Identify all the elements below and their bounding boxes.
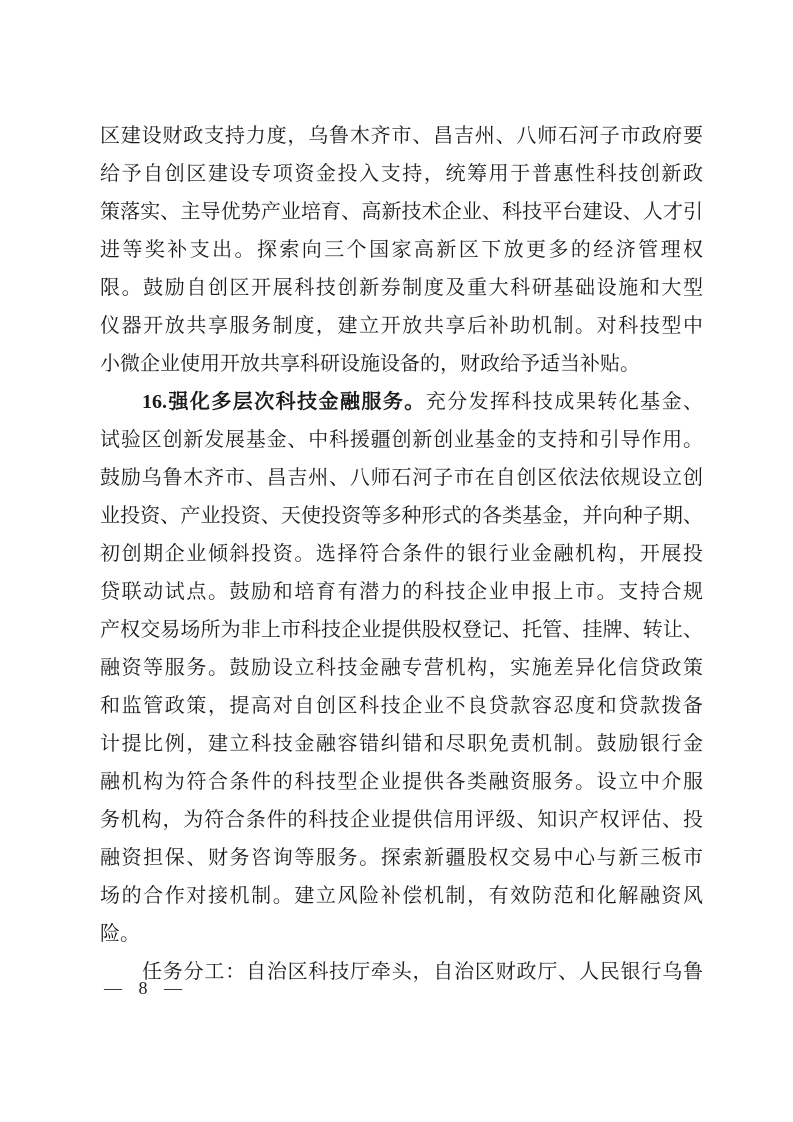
body-run: 区建设财政支持力度，乌鲁木齐市、昌吉州、八师石河子市政府要 — [100, 125, 703, 147]
page-number: — 8 — — [104, 976, 183, 1000]
text-line: 融机构为符合条件的科技型企业提供各类融资服务。设立中介服 — [100, 763, 703, 801]
text-line: 给予自创区建设专项资金投入支持，统筹用于普惠性科技创新政 — [100, 155, 703, 193]
body-run: 鼓励乌鲁木齐市、昌吉州、八师石河子市在自创区依法依规设立创 — [100, 467, 703, 489]
body-run: 场的合作对接机制。建立风险补偿机制，有效防范和化解融资风 — [100, 885, 703, 907]
body-run: 进等奖补支出。探索向三个国家高新区下放更多的经济管理权 — [100, 239, 703, 261]
text-line: 限。鼓励自创区开展科技创新券制度及重大科研基础设施和大型 — [100, 269, 703, 307]
body-run: 小微企业使用开放共享科研设施设备的，财政给予适当补贴。 — [100, 353, 640, 375]
body-run: 计提比例，建立科技金融容错纠错和尽职免责机制。鼓励银行金 — [100, 733, 703, 755]
body-run: 给予自创区建设专项资金投入支持，统筹用于普惠性科技创新政 — [100, 163, 703, 185]
body-run: 限。鼓励自创区开展科技创新券制度及重大科研基础设施和大型 — [100, 277, 703, 299]
body-run: 业投资、产业投资、天使投资等多种形式的各类基金，并向种子期、 — [100, 505, 703, 527]
document-body: 区建设财政支持力度，乌鲁木齐市、昌吉州、八师石河子市政府要给予自创区建设专项资金… — [100, 117, 703, 991]
text-line: 任务分工：自治区科技厅牵头，自治区财政厅、人民银行乌鲁 — [100, 953, 703, 991]
text-line: 仪器开放共享服务制度，建立开放共享后补助机制。对科技型中 — [100, 307, 703, 345]
body-run: 仪器开放共享服务制度，建立开放共享后补助机制。对科技型中 — [100, 315, 703, 337]
text-line: 和监管政策，提高对自创区科技企业不良贷款容忍度和贷款拨备 — [100, 687, 703, 725]
body-run: 融资等服务。鼓励设立科技金融专营机构，实施差异化信贷政策 — [100, 657, 703, 679]
body-run: 贷联动试点。鼓励和培育有潜力的科技企业申报上市。支持合规 — [100, 581, 703, 603]
text-line: 进等奖补支出。探索向三个国家高新区下放更多的经济管理权 — [100, 231, 703, 269]
text-line: 产权交易场所为非上市科技企业提供股权登记、托管、挂牌、转让、 — [100, 611, 703, 649]
text-line: 试验区创新发展基金、中科援疆创新创业基金的支持和引导作用。 — [100, 421, 703, 459]
text-line: 险。 — [100, 915, 703, 953]
body-run: 务机构，为符合条件的科技企业提供信用评级、知识产权评估、投 — [100, 809, 703, 831]
text-line: 贷联动试点。鼓励和培育有潜力的科技企业申报上市。支持合规 — [100, 573, 703, 611]
text-line: 场的合作对接机制。建立风险补偿机制，有效防范和化解融资风 — [100, 877, 703, 915]
text-line: 融资担保、财务咨询等服务。探索新疆股权交易中心与新三板市 — [100, 839, 703, 877]
document-page: 区建设财政支持力度，乌鲁木齐市、昌吉州、八师石河子市政府要给予自创区建设专项资金… — [0, 0, 793, 1122]
text-line: 初创期企业倾斜投资。选择符合条件的银行业金融机构，开展投 — [100, 535, 703, 573]
text-line: 小微企业使用开放共享科研设施设备的，财政给予适当补贴。 — [100, 345, 703, 383]
body-run: 初创期企业倾斜投资。选择符合条件的银行业金融机构，开展投 — [100, 543, 703, 565]
body-run: 产权交易场所为非上市科技企业提供股权登记、托管、挂牌、转让、 — [100, 619, 703, 641]
text-line: 计提比例，建立科技金融容错纠错和尽职免责机制。鼓励银行金 — [100, 725, 703, 763]
body-run: 融机构为符合条件的科技型企业提供各类融资服务。设立中介服 — [100, 771, 703, 793]
body-run: 融资担保、财务咨询等服务。探索新疆股权交易中心与新三板市 — [100, 847, 703, 869]
text-line: 区建设财政支持力度，乌鲁木齐市、昌吉州、八师石河子市政府要 — [100, 117, 703, 155]
text-line: 16.强化多层次科技金融服务。充分发挥科技成果转化基金、 — [100, 383, 703, 421]
body-run: 试验区创新发展基金、中科援疆创新创业基金的支持和引导作用。 — [100, 429, 703, 451]
body-run: 充分发挥科技成果转化基金、 — [426, 391, 703, 413]
text-line: 策落实、主导优势产业培育、高新技术企业、科技平台建设、人才引 — [100, 193, 703, 231]
heading-run: 16.强化多层次科技金融服务。 — [142, 391, 426, 413]
text-line: 业投资、产业投资、天使投资等多种形式的各类基金，并向种子期、 — [100, 497, 703, 535]
text-line: 融资等服务。鼓励设立科技金融专营机构，实施差异化信贷政策 — [100, 649, 703, 687]
body-run: 策落实、主导优势产业培育、高新技术企业、科技平台建设、人才引 — [100, 201, 703, 223]
text-line: 鼓励乌鲁木齐市、昌吉州、八师石河子市在自创区依法依规设立创 — [100, 459, 703, 497]
body-run: 险。 — [100, 923, 140, 945]
body-run: 任务分工：自治区科技厅牵头，自治区财政厅、人民银行乌鲁 — [142, 961, 703, 983]
body-run: 和监管政策，提高对自创区科技企业不良贷款容忍度和贷款拨备 — [100, 695, 703, 717]
text-line: 务机构，为符合条件的科技企业提供信用评级、知识产权评估、投 — [100, 801, 703, 839]
